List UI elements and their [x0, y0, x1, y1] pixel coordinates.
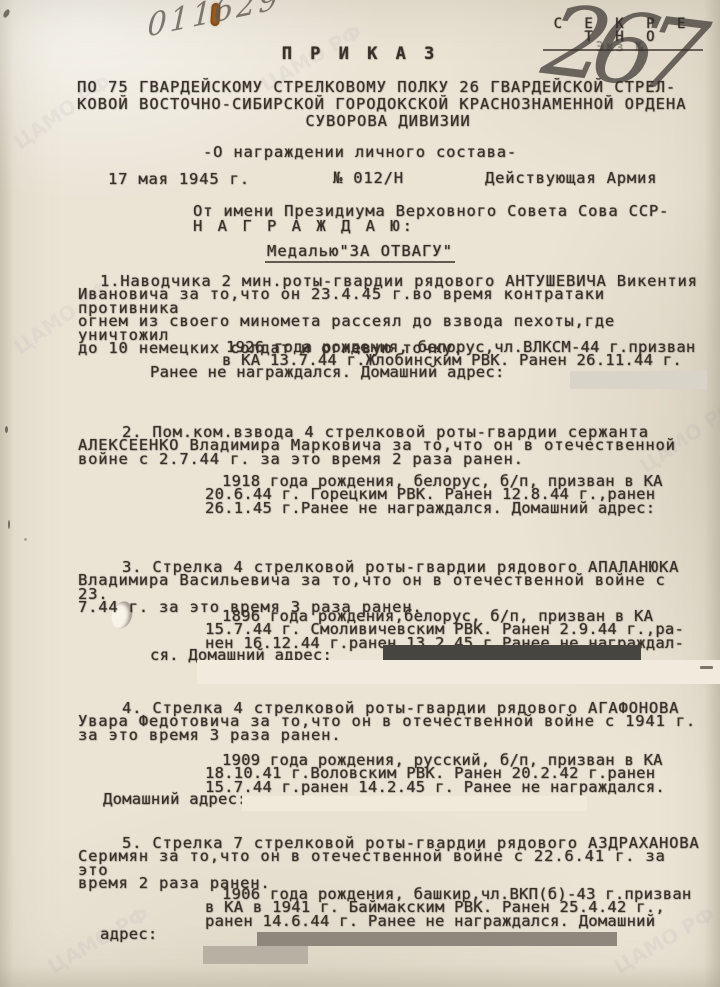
order-number: № 012/Н [333, 172, 404, 185]
entry-4-service-record: 1909 года рождения, русский, б/п, призва… [205, 754, 705, 794]
redaction-box-address-5-gray [203, 946, 308, 964]
redaction-box-address-3-light [197, 660, 720, 684]
entry-1-service-record-tail: Ранее не награждался. Домашний адрес: [150, 366, 505, 379]
redaction-box-address-5-dark [257, 932, 617, 946]
entry-2-citation: 2. Пом.ком.взвода 4 стрелковой роты-гвар… [78, 426, 702, 466]
order-subject: -О награждении личного состава- [0, 146, 720, 159]
stray-dash-mark [700, 666, 713, 669]
ink-speck [2, 8, 11, 18]
redaction-box-address-4 [242, 796, 587, 811]
entry-2-service-record: 1918 года рождения, белорус, б/п, призва… [205, 475, 705, 515]
ink-speck [5, 426, 8, 433]
unit-designation-line: СУВОРОВА ДИВИЗИИ [77, 113, 699, 130]
ink-speck [24, 538, 27, 541]
order-date: 17 мая 1945 г. [108, 173, 250, 186]
scanned-order-document: ЦАМО РФ ЦАМО РФ ЦАМО РФ ЦАМО РФ ЦАМО РФ … [0, 0, 720, 987]
army-designation: Действующая Армия [485, 172, 657, 185]
entry-5-service-record: 1906 года рождения, башкир,чл.ВКП(б)-43 … [205, 888, 705, 928]
medal-heading-wrap: Медалью"ЗА ОТВАГУ" [0, 245, 720, 263]
ink-speck [8, 520, 10, 529]
award-clause: Н А Г Р А Ж Д А Ю: [193, 220, 415, 233]
entry-5-citation: 5. Стрелка 7 стрелковой роты-гвардии ряд… [78, 837, 702, 891]
entry-5-service-record-tail: адрес: [100, 928, 158, 941]
entry-4-citation: 4. Стрелка 4 стрелковой роты-гвардии ряд… [78, 702, 702, 742]
redaction-box-address-1 [570, 371, 707, 389]
medal-heading: Медалью"ЗА ОТВАГУ" [265, 245, 455, 263]
handwritten-registration-number: 011629 [147, 0, 282, 45]
handwritten-page-number: 267 [534, 0, 703, 112]
entry-4-service-record-tail: Домашний адрес: [103, 793, 247, 806]
